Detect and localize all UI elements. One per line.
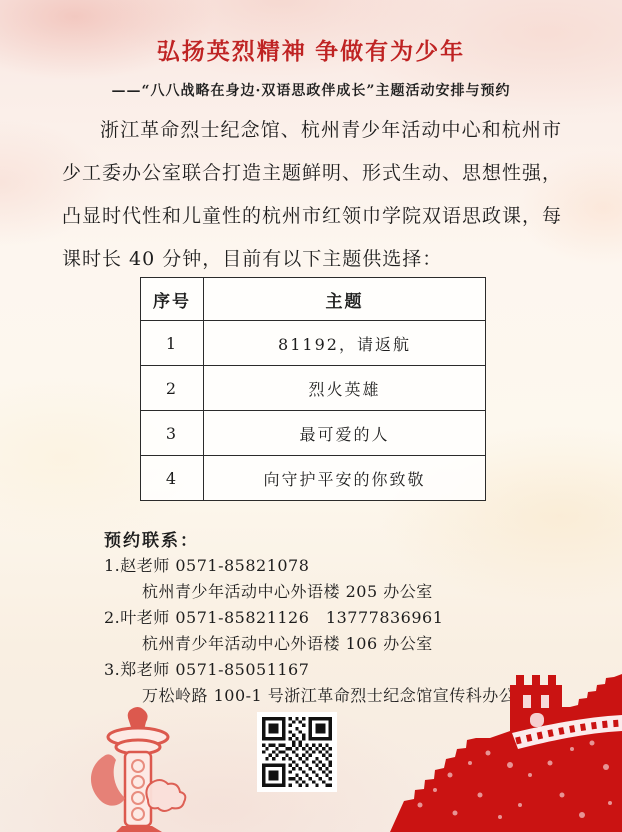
table-row: 4 向守护平安的你致敬 xyxy=(141,456,486,501)
contact-line: 杭州青少年活动中心外语楼 205 办公室 xyxy=(104,579,574,605)
flyer-page: 弘扬英烈精神 争做有为少年 ——“八八战略在身边·双语思政伴成长”主题活动安排与… xyxy=(0,0,622,832)
contact-line: 3.郑老师 0571-85051167 xyxy=(104,657,574,683)
topic-table: 序号 主题 1 81192，请返航 2 烈火英雄 3 最可爱的人 4 向守护平安… xyxy=(140,277,486,501)
header-cell-topic: 主题 xyxy=(204,278,486,321)
cell-no: 3 xyxy=(141,411,204,456)
page-subtitle: ——“八八战略在身边·双语思政伴成长”主题活动安排与预约 xyxy=(0,80,622,100)
cell-no: 1 xyxy=(141,321,204,366)
table-header-row: 序号 主题 xyxy=(141,278,486,321)
contact-section: 预约联系： 1.赵老师 0571-85821078 杭州青少年活动中心外语楼 2… xyxy=(104,529,574,709)
cell-topic: 向守护平安的你致敬 xyxy=(204,456,486,501)
qr-code xyxy=(257,712,337,792)
cell-topic: 烈火英雄 xyxy=(204,366,486,411)
huabiao-pillar-illustration xyxy=(78,704,198,832)
contact-line: 万松岭路 100-1 号浙江革命烈士纪念馆宣传科办公室 xyxy=(104,683,574,709)
cell-topic: 81192，请返航 xyxy=(204,321,486,366)
contact-heading: 预约联系： xyxy=(104,529,574,553)
table-row: 1 81192，请返航 xyxy=(141,321,486,366)
contact-line: 1.赵老师 0571-85821078 xyxy=(104,553,574,579)
header-cell-no: 序号 xyxy=(141,278,204,321)
cell-no: 2 xyxy=(141,366,204,411)
cell-topic: 最可爱的人 xyxy=(204,411,486,456)
contact-line: 2.叶老师 0571-85821126 13777836961 xyxy=(104,605,574,631)
cell-no: 4 xyxy=(141,456,204,501)
page-title: 弘扬英烈精神 争做有为少年 xyxy=(0,33,622,66)
contact-line: 杭州青少年活动中心外语楼 106 办公室 xyxy=(104,631,574,657)
intro-paragraph: 浙江革命烈士纪念馆、杭州青少年活动中心和杭州市少工委办公室联合打造主题鲜明、形式… xyxy=(62,109,562,281)
table-row: 2 烈火英雄 xyxy=(141,366,486,411)
table-row: 3 最可爱的人 xyxy=(141,411,486,456)
